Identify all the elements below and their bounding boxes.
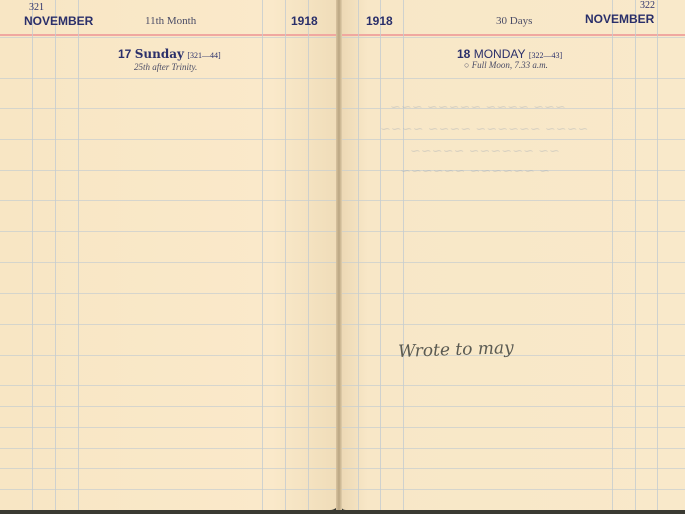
ruled-line [340, 385, 685, 386]
ruled-line [340, 262, 685, 263]
ruled-line [0, 293, 340, 294]
ruled-line [340, 139, 685, 140]
ruled-line [340, 489, 685, 490]
ruled-line [0, 468, 340, 469]
column-rule [308, 0, 309, 510]
ruled-line [0, 355, 340, 356]
column-rule [78, 0, 79, 510]
column-rule [403, 0, 404, 510]
liturgical-note: 25th after Trinity. [134, 62, 197, 72]
column-rule [262, 0, 263, 510]
right-diary-page: 1918 30 Days 322 NOVEMBER 18 MONDAY [322… [340, 0, 685, 510]
ruled-line [0, 427, 340, 428]
month-heading: NOVEMBER [24, 14, 93, 28]
book-spine [336, 0, 342, 510]
day-name: Sunday [135, 47, 184, 61]
ruled-line [0, 139, 340, 140]
column-rule [32, 0, 33, 510]
ruled-line [340, 231, 685, 232]
ruled-line [340, 406, 685, 407]
moon-phase-note: ○ Full Moon, 7.33 a.m. [464, 60, 548, 70]
column-rule [358, 0, 359, 510]
header-red-rule [340, 34, 685, 36]
column-rule [657, 0, 658, 510]
bleed-through-text: ~ ~~~~~~ ~~~~~~ [400, 164, 550, 179]
ruled-line [340, 200, 685, 201]
ruled-line [340, 448, 685, 449]
month-ordinal: 11th Month [145, 15, 196, 27]
ruled-line [0, 200, 340, 201]
ruled-line [0, 170, 340, 171]
ruled-line [0, 385, 340, 386]
handwritten-entry: Wrote to may [398, 338, 514, 362]
year-heading: 1918 [291, 14, 318, 28]
column-rule [55, 0, 56, 510]
column-rule [285, 0, 286, 510]
day-of-year: [322—43] [529, 51, 562, 60]
days-in-month: 30 Days [496, 15, 532, 27]
column-rule [635, 0, 636, 510]
ruled-line [340, 78, 685, 79]
left-diary-page: 321 NOVEMBER 11th Month 1918 17 Sunday [… [0, 0, 340, 510]
ruled-line [0, 324, 340, 325]
column-rule [380, 0, 381, 510]
ruled-line [0, 262, 340, 263]
year-heading: 1918 [366, 14, 393, 28]
ruled-line [340, 324, 685, 325]
day-of-year: [321—44] [187, 51, 220, 60]
ruled-line [0, 406, 340, 407]
bleed-through-text: ~~~ ~~~~ ~~~~~ ~~~ [390, 100, 566, 115]
header-red-rule [0, 34, 340, 36]
column-rule [612, 0, 613, 510]
page-number: 321 [29, 2, 44, 13]
day-number: 17 [118, 47, 131, 61]
ruled-line [0, 231, 340, 232]
ruled-line [340, 293, 685, 294]
page-number: 322 [640, 0, 655, 11]
month-heading: NOVEMBER [585, 12, 654, 26]
ruled-line [0, 448, 340, 449]
ruled-line [0, 108, 340, 109]
ruled-line [0, 37, 340, 38]
bleed-through-text: ~~ ~~~~~~ ~~~~~ [410, 144, 560, 159]
ruled-line [340, 427, 685, 428]
ruled-line [0, 78, 340, 79]
ruled-line [0, 489, 340, 490]
day-heading: 18 MONDAY [322—43] [457, 47, 562, 61]
moon-phase-text: Full Moon, 7.33 a.m. [472, 60, 548, 70]
ruled-line [340, 468, 685, 469]
day-name: MONDAY [474, 47, 526, 61]
ruled-line [340, 37, 685, 38]
bleed-through-text: ~~~~ ~~~~~~ ~~~~ ~~~~ [380, 122, 588, 137]
day-number: 18 [457, 47, 470, 61]
day-heading: 17 Sunday [321—44] [118, 47, 221, 61]
moon-icon: ○ [464, 60, 469, 70]
